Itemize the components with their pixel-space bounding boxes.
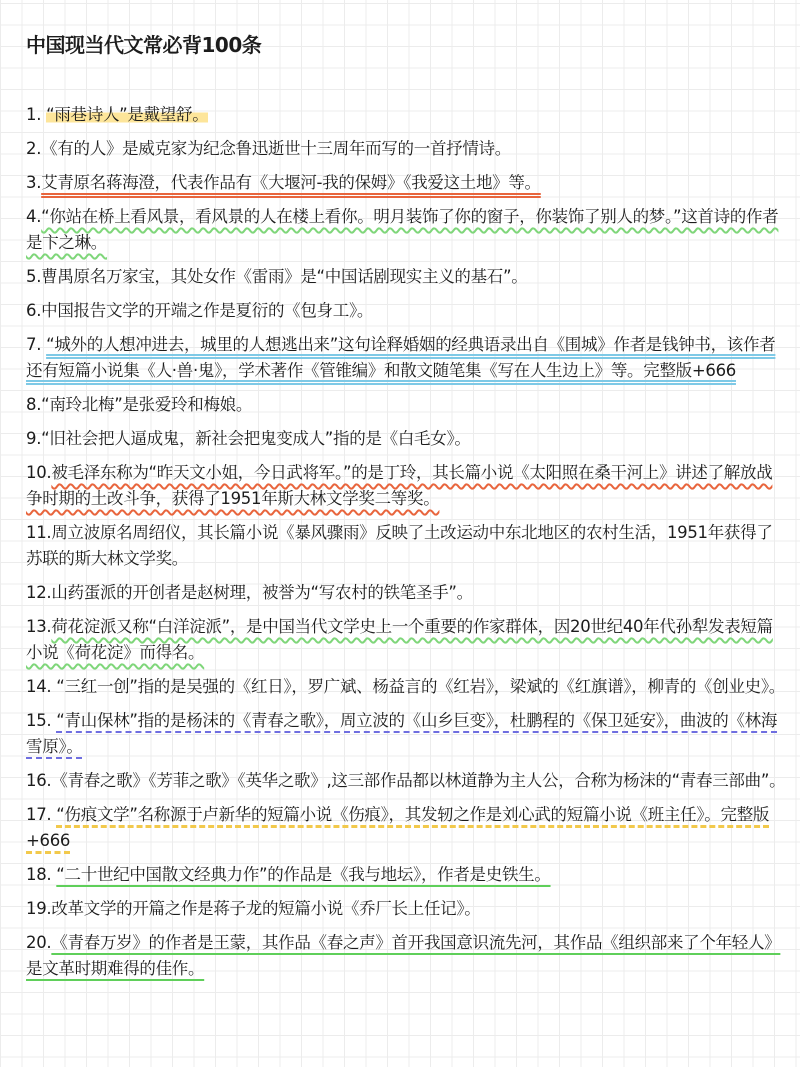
item-number: 3.: [26, 173, 41, 192]
item-number: 9.: [26, 429, 41, 448]
item-text: 改革文学的开篇之作是蒋子龙的短篇小说《乔厂长上任记》。: [51, 899, 480, 918]
item-text: “青山保林”指的是杨沫的《青春之歌》，周立波的《山乡巨变》，杜鹏程的《保卫延安》…: [26, 711, 777, 756]
list-item: 8.“南玲北梅”是张爱玲和梅娘。: [26, 392, 786, 418]
list-item: 11.周立波原名周绍仪，其长篇小说《暴风骤雨》反映了土改运动中东北地区的农村生活…: [26, 520, 786, 572]
item-text: “伤痕文学”名称源于卢新华的短篇小说《伤痕》，其发轫之作是刘心武的短篇小说《班主…: [26, 805, 769, 850]
list-item: 20.《青春万岁》的作者是王蒙，其作品《春之声》首开我国意识流先河，其作品《组织…: [26, 930, 786, 982]
item-number: 4.: [26, 207, 41, 226]
item-number: 7.: [26, 335, 46, 354]
item-number: 15.: [26, 711, 56, 730]
item-number: 12.: [26, 583, 51, 602]
item-text: 《有的人》是威克家为纪念鲁迅逝世十三周年而写的一首抒情诗。: [41, 139, 511, 158]
item-number: 14.: [26, 677, 56, 696]
list-item: 12.山药蛋派的开创者是赵树理，被誉为“写农村的铁笔圣手”。: [26, 580, 786, 606]
item-text: “南玲北梅”是张爱玲和梅娘。: [41, 395, 252, 414]
item-text: 艾青原名蒋海澄，代表作品有《大堰河-我的保姆》《我爱这土地》等。: [41, 173, 541, 192]
item-text: “二十世纪中国散文经典力作”的作品是《我与地坛》，作者是史铁生。: [56, 865, 550, 884]
item-number: 8.: [26, 395, 41, 414]
item-text: 《青春之歌》《芳菲之歌》《英华之歌》,这三部作品都以林道静为主人公，合称为杨沫的…: [51, 771, 785, 790]
item-number: 5.: [26, 267, 41, 286]
list-item: 5.曹禺原名万家宝，其处女作《雷雨》是“中国话剧现实主义的基石”。: [26, 264, 786, 290]
item-text: 被毛泽东称为“昨天文小姐，今日武将军。”的是丁玲，其长篇小说《太阳照在桑干河上》…: [26, 463, 772, 508]
item-text: 周立波原名周绍仪，其长篇小说《暴风骤雨》反映了土改运动中东北地区的农村生活，19…: [26, 523, 773, 568]
list-item: 14. “三红一创”指的是吴强的《红日》，罗广斌、杨益言的《红岩》，梁斌的《红旗…: [26, 674, 786, 700]
list-item: 2.《有的人》是威克家为纪念鲁迅逝世十三周年而写的一首抒情诗。: [26, 136, 786, 162]
list-item: 7. “城外的人想冲进去，城里的人想逃出来”这句诠释婚姻的经典语录出自《围城》作…: [26, 332, 786, 384]
item-number: 17.: [26, 805, 56, 824]
item-number: 20.: [26, 933, 51, 952]
list-item: 6.中国报告文学的开端之作是夏衍的《包身工》。: [26, 298, 786, 324]
list-item: 3.艾青原名蒋海澄，代表作品有《大堰河-我的保姆》《我爱这土地》等。: [26, 170, 786, 196]
list-item: 18. “二十世纪中国散文经典力作”的作品是《我与地坛》，作者是史铁生。: [26, 862, 786, 888]
item-number: 11.: [26, 523, 51, 542]
item-number: 1.: [26, 105, 46, 124]
item-number: 2.: [26, 139, 41, 158]
item-text: “雨巷诗人”是戴望舒。: [46, 105, 208, 124]
item-number: 18.: [26, 865, 56, 884]
item-number: 19.: [26, 899, 51, 918]
list-item: 19.改革文学的开篇之作是蒋子龙的短篇小说《乔厂长上任记》。: [26, 896, 786, 922]
item-number: 13.: [26, 617, 51, 636]
item-text: “你站在桥上看风景，看风景的人在楼上看你。明月装饰了你的窗子，你装饰了别人的梦。…: [26, 207, 778, 252]
item-list: 1. “雨巷诗人”是戴望舒。 2.《有的人》是威克家为纪念鲁迅逝世十三周年而写的…: [26, 102, 786, 982]
document-page: 中国现当代文常必背100条 1. “雨巷诗人”是戴望舒。 2.《有的人》是威克家…: [26, 28, 786, 990]
page-title: 中国现当代文常必背100条: [26, 28, 786, 62]
item-text: “三红一创”指的是吴强的《红日》，罗广斌、杨益言的《红岩》，梁斌的《红旗谱》，柳…: [56, 677, 785, 696]
list-item: 16.《青春之歌》《芳菲之歌》《英华之歌》,这三部作品都以林道静为主人公，合称为…: [26, 768, 786, 794]
item-text: 《青春万岁》的作者是王蒙，其作品《春之声》首开我国意识流先河，其作品《组织部来了…: [26, 933, 780, 978]
item-text: 山药蛋派的开创者是赵树理，被誉为“写农村的铁笔圣手”。: [51, 583, 473, 602]
item-number: 6.: [26, 301, 41, 320]
item-number: 10.: [26, 463, 51, 482]
item-text: “城外的人想冲进去，城里的人想逃出来”这句诠释婚姻的经典语录出自《围城》作者是钱…: [26, 335, 775, 380]
item-text: “旧社会把人逼成鬼，新社会把鬼变成人”指的是《白毛女》。: [41, 429, 470, 448]
list-item: 9.“旧社会把人逼成鬼，新社会把鬼变成人”指的是《白毛女》。: [26, 426, 786, 452]
item-text: 中国报告文学的开端之作是夏衍的《包身工》。: [41, 301, 373, 320]
list-item: 13.荷花淀派又称“白洋淀派”，是中国当代文学史上一个重要的作家群体，因20世纪…: [26, 614, 786, 666]
list-item: 10.被毛泽东称为“昨天文小姐，今日武将军。”的是丁玲，其长篇小说《太阳照在桑干…: [26, 460, 786, 512]
item-number: 16.: [26, 771, 51, 790]
list-item: 4.“你站在桥上看风景，看风景的人在楼上看你。明月装饰了你的窗子，你装饰了别人的…: [26, 204, 786, 256]
item-text: 曹禺原名万家宝，其处女作《雷雨》是“中国话剧现实主义的基石”。: [41, 267, 527, 286]
list-item: 15. “青山保林”指的是杨沫的《青春之歌》，周立波的《山乡巨变》，杜鹏程的《保…: [26, 708, 786, 760]
list-item: 1. “雨巷诗人”是戴望舒。: [26, 102, 786, 128]
list-item: 17. “伤痕文学”名称源于卢新华的短篇小说《伤痕》，其发轫之作是刘心武的短篇小…: [26, 802, 786, 854]
item-text: 荷花淀派又称“白洋淀派”，是中国当代文学史上一个重要的作家群体，因20世纪40年…: [26, 617, 773, 662]
